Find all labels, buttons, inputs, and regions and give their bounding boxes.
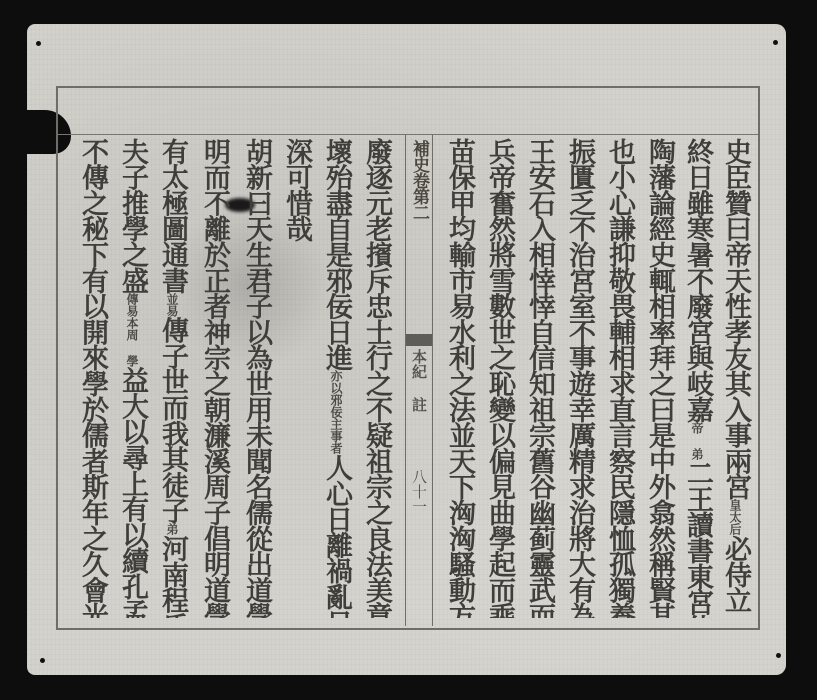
section-label: 本紀 註 bbox=[409, 349, 429, 412]
annotation: 皇太后 bbox=[728, 499, 741, 535]
annotation: 傳易本周 學 bbox=[125, 293, 138, 367]
annotation: 並易 bbox=[165, 293, 178, 317]
binding-hole bbox=[36, 41, 41, 46]
text-column: 有太極圖通書並易傳子世而我其徒子弟河南程氏兩 bbox=[154, 138, 190, 618]
text-column: 史臣贊曰帝天性孝友其入事兩宮皇太后必侍立 bbox=[717, 138, 753, 618]
binding-hole bbox=[773, 40, 778, 45]
text-column: 深可惜哉 bbox=[278, 138, 314, 618]
center-fold-strip: 補史卷第二 本紀 註 八十一 bbox=[405, 134, 433, 626]
text-column: 終日雖寒暑不廢宮與岐嘉帝 弟二王讀書東宮侍講王 bbox=[679, 138, 715, 618]
annotation: 弟 bbox=[165, 523, 178, 535]
text-column: 振匱乏不治宮室不事遊幸厲精求治將大有為未幾 bbox=[561, 138, 597, 618]
volume-title: 補史卷第二 bbox=[409, 140, 429, 220]
binding-hole bbox=[40, 658, 45, 663]
text-column: 夫子推學之盛傳易本周 學益大以尋上有以續孔孟千載 bbox=[114, 138, 150, 618]
page-number: 八十一 bbox=[409, 469, 429, 514]
annotation: 亦以邪佞主事者 bbox=[329, 370, 342, 454]
left-half-leaf: 廢逐元老擯斥忠士行之不疑祖宗之良法美意變 壞殆盡自是邪佞日進亦以邪佞主事者人心日… bbox=[60, 138, 405, 618]
text-column: 不傳之秘下有以開來學於儒者斯年之久會光而兩 bbox=[74, 138, 110, 618]
text-column: 明而不離於正者神宗之朝濂溪周子倡明道學 bbox=[196, 138, 232, 618]
text-column: 兵帝奮然將雪數世之恥變以偏見曲學起而乘之青 bbox=[481, 138, 517, 618]
annotation: 帝 弟 bbox=[690, 422, 703, 460]
fishtail-mark bbox=[406, 334, 432, 346]
text-column: 也小心謙抑敬畏輔相求直言察民隱恤孤獨養耆老 bbox=[601, 138, 637, 618]
binding-hole bbox=[776, 653, 781, 658]
text-column: 胡新曰天生君子以為世用未聞名儒從出道學大 bbox=[238, 138, 274, 618]
text-column: 廢逐元老擯斥忠士行之不疑祖宗之良法美意變 bbox=[358, 138, 394, 618]
text-column: 王安石入相悻悻自信知祖宗舊谷幽蓟靈武而數敗 bbox=[521, 138, 557, 618]
text-column: 陶藩論經史輒相率拜之曰是中外翕然稱賢其即位 bbox=[641, 138, 677, 618]
text-column: 壞殆盡自是邪佞日進亦以邪佞主事者人心日離禍亂日起 bbox=[318, 138, 354, 618]
right-half-leaf: 史臣贊曰帝天性孝友其入事兩宮皇太后必侍立 終日雖寒暑不廢宮與岐嘉帝 弟二王讀書東… bbox=[431, 138, 756, 618]
text-column: 苗保甲均輸市易水利之法並天下洶洶騷動方斷然 bbox=[441, 138, 477, 618]
